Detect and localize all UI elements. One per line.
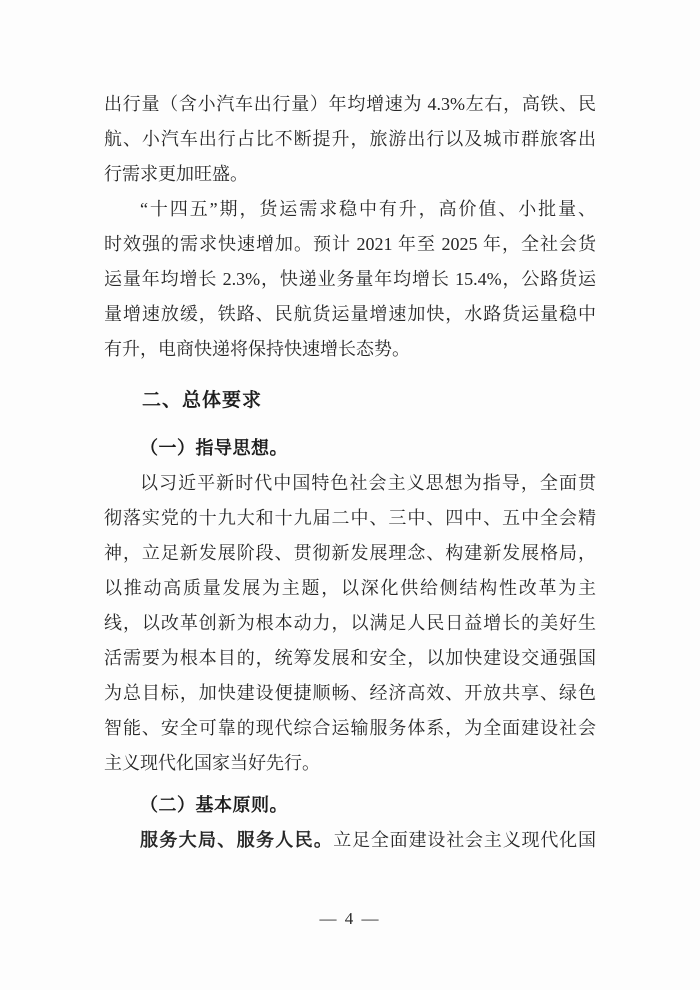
text-line: “十四五”期，货运需求稳中有升，高价值、小批量、 bbox=[104, 192, 596, 227]
page-number: — 4 — bbox=[320, 909, 381, 928]
text-line: 线，以改革创新为根本动力，以满足人民日益增长的美好生 bbox=[104, 606, 596, 641]
text-line: 为总目标，加快建设便捷顺畅、经济高效、开放共享、绿色 bbox=[104, 676, 596, 711]
text-line: 服务大局、服务人民。立足全面建设社会主义现代化国 bbox=[104, 823, 596, 858]
text-line: 出行量（含小汽车出行量）年均增速为 4.3%左右，高铁、民 bbox=[104, 87, 596, 122]
text-line: 以习近平新时代中国特色社会主义思想为指导，全面贯 bbox=[104, 466, 596, 501]
paragraph-freight-demand: “十四五”期，货运需求稳中有升，高价值、小批量、 时效强的需求快速增加。预计 2… bbox=[104, 192, 596, 367]
subsection-heading-basic-principles: （二）基本原则。 bbox=[104, 788, 596, 823]
document-page: 出行量（含小汽车出行量）年均增速为 4.3%左右，高铁、民 航、小汽车出行占比不… bbox=[0, 0, 700, 990]
text-line: 主义现代化国家当好先行。 bbox=[104, 746, 596, 781]
text-line: 航、小汽车出行占比不断提升，旅游出行以及城市群旅客出 bbox=[104, 122, 596, 157]
text-line: 活需要为根本目的，统筹发展和安全，以加快建设交通强国 bbox=[104, 641, 596, 676]
text-line: 量增速放缓，铁路、民航货运量增速加快，水路货运量稳中 bbox=[104, 297, 596, 332]
section-heading-overall-requirements: 二、总体要求 bbox=[104, 383, 596, 418]
text-line: 运量年均增长 2.3%，快递业务量年均增长 15.4%，公路货运 bbox=[104, 262, 596, 297]
paragraph-basic-principles: 服务大局、服务人民。立足全面建设社会主义现代化国 bbox=[104, 823, 596, 858]
text-run: 立足全面建设社会主义现代化国 bbox=[333, 830, 596, 850]
subsection-heading-guiding-ideology: （一）指导思想。 bbox=[104, 431, 596, 466]
bold-lead-text: 服务大局、服务人民。 bbox=[140, 830, 333, 850]
text-line: 神，立足新发展阶段、贯彻新发展理念、构建新发展格局， bbox=[104, 536, 596, 571]
text-line: 行需求更加旺盛。 bbox=[104, 157, 596, 192]
paragraph-intro: 出行量（含小汽车出行量）年均增速为 4.3%左右，高铁、民 航、小汽车出行占比不… bbox=[104, 87, 596, 192]
paragraph-guiding-ideology: 以习近平新时代中国特色社会主义思想为指导，全面贯 彻落实党的十九大和十九届二中、… bbox=[104, 466, 596, 781]
text-line: 以推动高质量发展为主题，以深化供给侧结构性改革为主 bbox=[104, 571, 596, 606]
text-line: 时效强的需求快速增加。预计 2021 年至 2025 年，全社会货 bbox=[104, 227, 596, 262]
text-line: 彻落实党的十九大和十九届二中、三中、四中、五中全会精 bbox=[104, 501, 596, 536]
page-footer: — 4 — bbox=[0, 901, 700, 936]
text-line: 有升，电商快递将保持快速增长态势。 bbox=[104, 332, 596, 367]
text-line: 智能、安全可靠的现代综合运输服务体系，为全面建设社会 bbox=[104, 711, 596, 746]
